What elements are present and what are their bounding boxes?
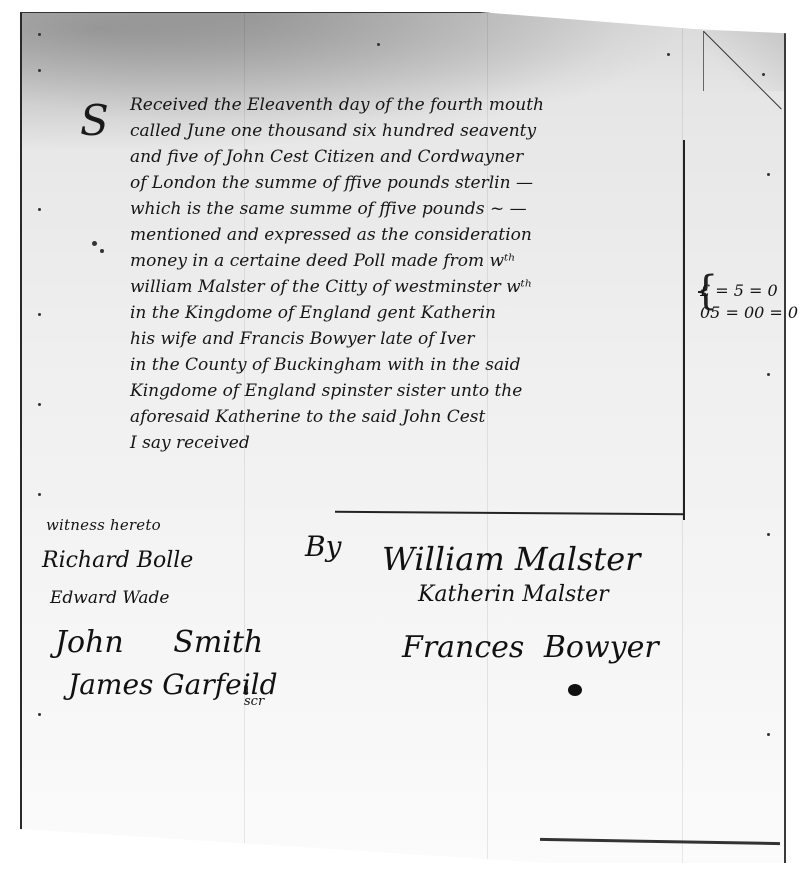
- paper-speck: [100, 249, 104, 253]
- witness-label: witness hereto: [46, 516, 161, 534]
- receipt-body: Received the Eleaventh day of the fourth…: [130, 92, 690, 456]
- margin-flourish: S: [80, 96, 109, 145]
- signatory-signature: Frances Bowyer: [402, 630, 659, 665]
- scribe-mark: scr: [244, 694, 264, 709]
- witness-signature: John Smith: [55, 625, 263, 660]
- paper-speck: [38, 493, 41, 496]
- signatory-signature: William Malster: [382, 540, 640, 578]
- paper-speck: [767, 733, 770, 736]
- calc-line: 05 = 00 = 0: [700, 302, 798, 324]
- body-line: I say received: [130, 430, 690, 456]
- paper-speck: [38, 69, 41, 72]
- paper-speck: [38, 208, 41, 211]
- folded-corner: [703, 31, 784, 91]
- paper-speck: [762, 73, 765, 76]
- body-line: Received the Eleaventh day of the fourth…: [130, 92, 690, 118]
- calc-line: £ = 5 = 0: [700, 280, 798, 302]
- paper-speck: [38, 713, 41, 716]
- paper-speck: [38, 313, 41, 316]
- body-line: and five of John Cest Citizen and Cordwa…: [130, 144, 690, 170]
- by-label: By: [305, 530, 341, 563]
- body-line: which is the same summe of ffive pounds …: [130, 196, 690, 222]
- paper-speck: [38, 33, 41, 36]
- paper-speck: [767, 173, 770, 176]
- body-line: Kingdome of England spinster sister unto…: [130, 378, 690, 404]
- signatory-signature: Katherin Malster: [418, 582, 609, 607]
- body-line: money in a certaine deed Poll made from …: [130, 248, 690, 274]
- paper-speck: [377, 43, 380, 46]
- ink-blot: [568, 684, 582, 696]
- body-line: called June one thousand six hundred sea…: [130, 118, 690, 144]
- body-line: in the Kingdome of England gent Katherin: [130, 300, 690, 326]
- paper-speck: [92, 241, 97, 246]
- body-line: his wife and Francis Bowyer late of Iver: [130, 326, 690, 352]
- body-line: in the County of Buckingham with in the …: [130, 352, 690, 378]
- paper-speck: [667, 53, 670, 56]
- body-line: mentioned and expressed as the considera…: [130, 222, 690, 248]
- body-line: of London the summe of ffive pounds ster…: [130, 170, 690, 196]
- paper-speck: [767, 373, 770, 376]
- body-line: william Malster of the Citty of westmins…: [130, 274, 690, 300]
- paper-speck: [767, 533, 770, 536]
- witness-signature: Edward Wade: [50, 588, 169, 608]
- paper-speck: [38, 403, 41, 406]
- margin-calculation: £ = 5 = 0 05 = 00 = 0: [700, 280, 798, 324]
- witness-signature: Richard Bolle: [42, 548, 193, 573]
- right-bracket-line: [683, 140, 685, 520]
- body-line: aforesaid Katherine to the said John Ces…: [130, 404, 690, 430]
